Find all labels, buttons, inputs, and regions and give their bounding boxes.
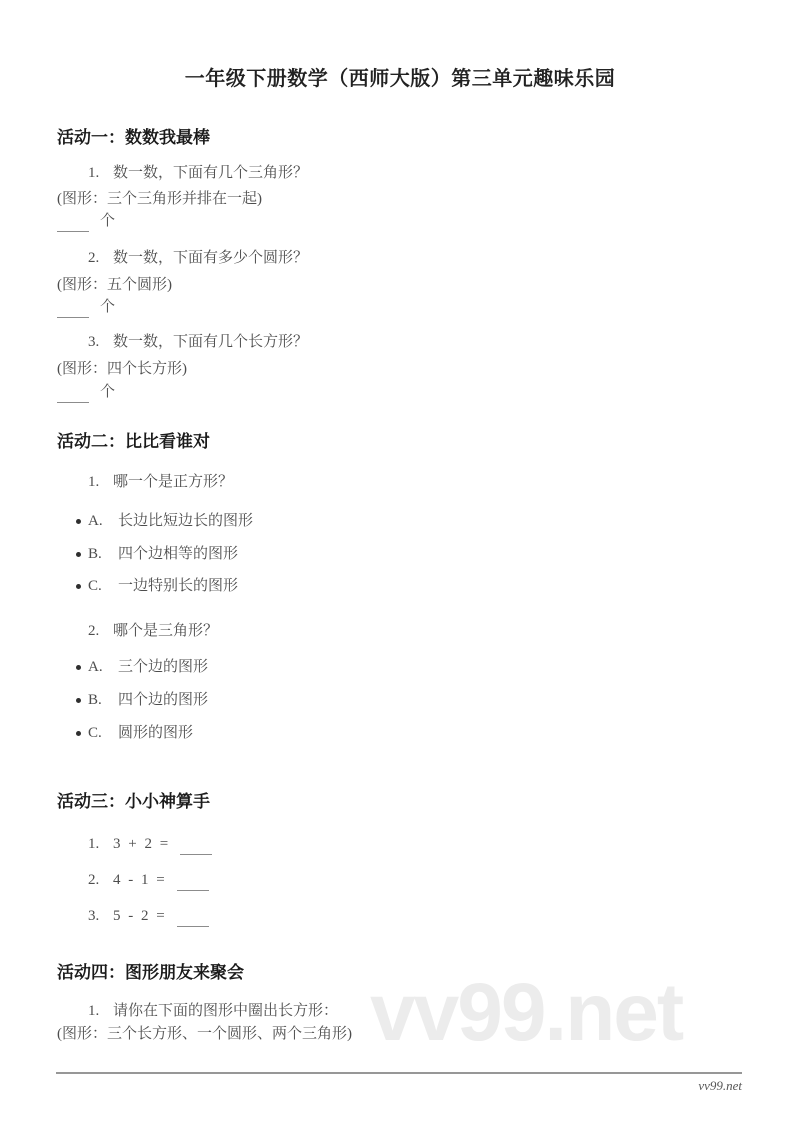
question-number: 3. xyxy=(88,331,113,353)
question-line: 2. 数一数，下面有多少个圆形？ xyxy=(88,247,308,269)
answer-blank xyxy=(177,875,209,891)
answer-blank xyxy=(57,302,89,318)
option-label: A. xyxy=(88,656,118,678)
question-line: 1. 数一数，下面有几个三角形？ xyxy=(88,162,308,184)
question-line: 1. 哪一个是正方形？ xyxy=(88,471,233,493)
option-text: 一边特别长的图形 xyxy=(118,575,238,597)
bullet-icon xyxy=(76,731,81,736)
option-label: C. xyxy=(88,575,118,597)
question-line: 1. 请你在下面的图形中圈出长方形： xyxy=(88,1000,338,1022)
watermark: vv99.net xyxy=(370,972,682,1054)
question-number: 1. xyxy=(88,471,113,493)
question-line: 2. 哪个是三角形？ xyxy=(88,620,218,642)
question-number: 1. xyxy=(88,162,113,184)
section-heading-activity3: 活动三：小小神算手 xyxy=(57,790,210,814)
worksheet-page: vv99.net 一年级下册数学（西师大版）第三单元趣味乐园 活动一：数数我最棒… xyxy=(0,0,800,1130)
footer-site-label: vv99.net xyxy=(698,1078,742,1094)
question-number: 1. xyxy=(88,1000,113,1022)
option-item: C. 一边特别长的图形 xyxy=(76,575,238,597)
option-text: 三个边的图形 xyxy=(118,656,208,678)
question-text: 哪一个是正方形？ xyxy=(113,471,233,493)
unit-label: 个 xyxy=(100,296,115,318)
option-item: B. 四个边的图形 xyxy=(76,689,208,711)
math-problem: 3. 5 - 2 = xyxy=(88,905,209,927)
question-number: 2. xyxy=(88,620,113,642)
figure-note: (图形：四个长方形) xyxy=(57,358,187,380)
problem-number: 2. xyxy=(88,869,113,891)
question-text: 请你在下面的图形中圈出长方形： xyxy=(113,1000,338,1022)
answer-blank xyxy=(177,911,209,927)
section-heading-activity1: 活动一：数数我最棒 xyxy=(57,126,210,150)
bullet-icon xyxy=(76,552,81,557)
problem-number: 1. xyxy=(88,833,113,855)
figure-note: (图形：三个三角形并排在一起) xyxy=(57,188,262,210)
option-label: C. xyxy=(88,722,118,744)
option-item: C. 圆形的图形 xyxy=(76,722,193,744)
section-heading-activity4: 活动四：图形朋友来聚会 xyxy=(57,961,244,985)
problem-number: 3. xyxy=(88,905,113,927)
problem-expression: 5 - 2 = xyxy=(113,905,167,927)
math-problem: 2. 4 - 1 = xyxy=(88,869,209,891)
option-label: B. xyxy=(88,543,118,565)
answer-blank xyxy=(180,839,212,855)
bullet-icon xyxy=(76,698,81,703)
section-heading-activity2: 活动二：比比看谁对 xyxy=(57,430,210,454)
option-item: A. 三个边的图形 xyxy=(76,656,208,678)
question-number: 2. xyxy=(88,247,113,269)
unit-label: 个 xyxy=(100,210,115,232)
figure-note: (图形：五个圆形) xyxy=(57,274,172,296)
question-text: 哪个是三角形？ xyxy=(113,620,218,642)
answer-line: 个 xyxy=(57,381,115,403)
problem-expression: 4 - 1 = xyxy=(113,869,167,891)
option-item: B. 四个边相等的图形 xyxy=(76,543,238,565)
option-text: 圆形的图形 xyxy=(118,722,193,744)
answer-blank xyxy=(57,387,89,403)
answer-line: 个 xyxy=(57,210,115,232)
option-text: 长边比短边长的图形 xyxy=(118,510,253,532)
option-text: 四个边的图形 xyxy=(118,689,208,711)
footer-divider xyxy=(56,1072,742,1074)
page-title: 一年级下册数学（西师大版）第三单元趣味乐园 xyxy=(0,62,800,91)
question-text: 数一数，下面有几个长方形？ xyxy=(113,331,308,353)
math-problem: 1. 3 + 2 = xyxy=(88,833,212,855)
option-label: B. xyxy=(88,689,118,711)
bullet-icon xyxy=(76,584,81,589)
question-line: 3. 数一数，下面有几个长方形？ xyxy=(88,331,308,353)
unit-label: 个 xyxy=(100,381,115,403)
question-text: 数一数，下面有几个三角形？ xyxy=(113,162,308,184)
figure-note: (图形：三个长方形、一个圆形、两个三角形) xyxy=(57,1023,352,1045)
answer-line: 个 xyxy=(57,296,115,318)
option-text: 四个边相等的图形 xyxy=(118,543,238,565)
option-label: A. xyxy=(88,510,118,532)
answer-blank xyxy=(57,216,89,232)
option-item: A. 长边比短边长的图形 xyxy=(76,510,253,532)
question-text: 数一数，下面有多少个圆形？ xyxy=(113,247,308,269)
bullet-icon xyxy=(76,665,81,670)
problem-expression: 3 + 2 = xyxy=(113,833,170,855)
bullet-icon xyxy=(76,519,81,524)
